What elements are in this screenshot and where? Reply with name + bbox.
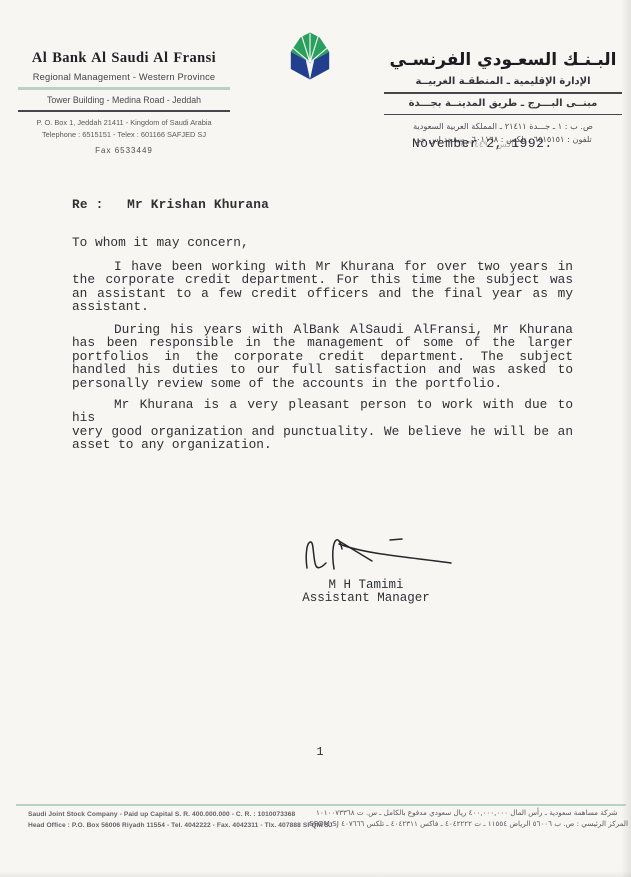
footer-arabic-line1: شركة مساهمة سعودية ـ رأس المال ٤٠٠,٠٠٠,٠… [316,808,628,819]
letterhead-green-rule [18,87,230,90]
bank-name-english: Al Bank Al Saudi Al Fransi [18,50,230,67]
letter-page: Al Bank Al Saudi Al Fransi Regional Mana… [0,0,631,877]
footer-english: Saudi Joint Stock Company - Paid up Capi… [28,810,296,831]
pobox-english: P. O. Box 1, Jeddah 21411 - Kingdom of S… [18,118,230,127]
footer-arabic-line2: المركز الرئيسي : ص. ب ٥٦٠٠٦ الرياض ١١٥٥٤… [316,819,628,830]
scan-edge-shadow [621,0,631,877]
division-english: Regional Management - Western Province [18,72,230,82]
signer-name: M H Tamimi [295,578,437,592]
re-subject-line: Re : Mr Krishan Khurana [72,197,269,212]
salutation: To whom it may concern, [72,235,249,250]
fax-english: Fax 6533449 [18,146,230,155]
bank-name-arabic: البـنـك السعـودي الفرنسـي [384,50,622,70]
footer-green-rule [16,804,626,806]
scan-bottom-shadow [0,871,631,877]
pobox-arabic: ص. ب : ١ ـ جـــدة ٢١٤١١ ـ المملكة العربي… [384,121,622,131]
letterhead-english: Al Bank Al Saudi Al Fransi Regional Mana… [18,50,230,155]
building-address-english: Tower Building - Medina Road - Jeddah [18,95,230,105]
letterhead-arabic-rule-2 [384,114,622,116]
paragraph-1: I have been working with Mr Khurana for … [72,260,573,314]
phone-telex-english: Telephone : 6515151 - Telex : 601166 SAF… [18,130,230,139]
footer-english-line1: Saudi Joint Stock Company - Paid up Capi… [28,810,296,821]
letterhead-arabic-rule-1 [384,92,622,94]
building-address-arabic: مبنــى البـــرج ـ طريق المدينــة بجـــدة [384,98,622,109]
footer-english-line2: Head Office : P.O. Box 56006 Riyadh 1155… [28,821,296,832]
letterhead-dark-rule [18,110,230,112]
letterhead-arabic: البـنـك السعـودي الفرنسـي الإدارة الإقلي… [384,50,622,144]
paragraph-2: During his years with AlBank AlSaudi AlF… [72,323,573,390]
date-line: November 2, 1992. [412,136,553,151]
footer-arabic: شركة مساهمة سعودية ـ رأس المال ٤٠٠,٠٠٠,٠… [316,808,628,829]
division-arabic: الإدارة الإقليمية ـ المنطقـة الغربيــة [384,76,622,87]
paragraph-3: Mr Khurana is a very pleasant person to … [72,398,573,452]
signer-title: Assistant Manager [276,591,456,605]
signature-scribble-icon [298,532,463,577]
page-number: 1 [310,745,330,759]
bank-logo-icon [286,30,334,84]
